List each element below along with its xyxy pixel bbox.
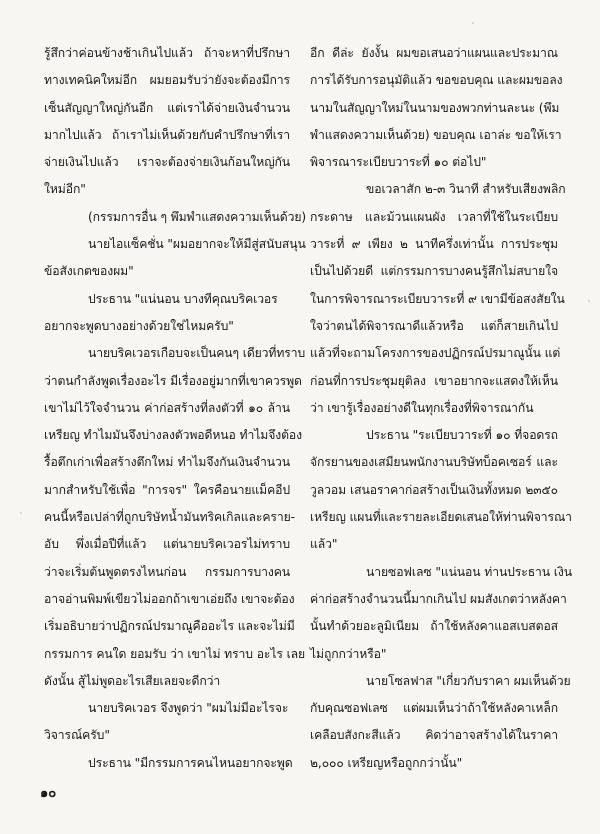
scan-speckle: [20, 512, 22, 514]
text-line: เขาไม่ไว้ใจจำนวน ค่าก่อสร้างที่ลงตัวที่ …: [44, 395, 290, 422]
text-line: อีก ดีล่ะ ยังงั้น ผมขอเสนอว่าแผนและประมา…: [310, 40, 558, 67]
text-line: นายบริคเวอร จึงพูดว่า "ผมไม่มีอะไรจะ: [44, 695, 290, 722]
text-line: (กรรมการอื่น ๆ พึมพำแสดงความเห็นด้วย): [44, 204, 290, 231]
text-line: กระดาษ และม้วนแผนผัง เวลาที่ใช้ในระเบียบ: [310, 204, 558, 231]
document-page: รู้สึกว่าค่อนข้างช้าเกินไปแล้ว ถ้าจะหาที…: [0, 0, 600, 834]
text-line: เหรียญ ทำไมมันจึงบ่างลงตัวพอดีหนอ ทำไมจึ…: [44, 422, 290, 449]
text-line: นั้นทำด้วยอะลูมิเนียม ถ้าใช้หลังคาแอสเบส…: [310, 613, 558, 640]
text-line: วูลวอม เสนอราคาก่อสร้างเป็นเงินทั้งหมด ๒…: [310, 477, 558, 504]
text-line: นายซอฟเลซ "แน่นอน ท่านประธาน เงิน: [310, 559, 558, 586]
text-line: มากสำหรับใช้เพื่อ "การจร" ใครคือนายแม็คอ…: [44, 477, 290, 504]
scan-speckle: [355, 760, 357, 762]
text-line: ว่า เขารู้เรื่องอย่างดีในทุกเรื่องที่พิจ…: [310, 395, 558, 422]
text-line: เป็นไปด้วยดี แต่กรรมการบางคนรู้สึกไม่สบา…: [310, 258, 558, 285]
left-column: รู้สึกว่าค่อนข้างช้าเกินไปแล้ว ถ้าจะหาที…: [44, 40, 290, 777]
text-line: จักรยานของเสมียนพนักงานบริษัทบ็อคเซอร์ แ…: [310, 449, 558, 476]
scan-speckle: [588, 300, 590, 302]
text-line: อาจอ่านพิมพ์เขียวไม่ออกถ้าเขาเอ่ยถึง เขา…: [44, 586, 290, 613]
text-line: ดังนั้น สู้ไม่พูดอะไรเสียเลยจะดีกว่า: [44, 668, 290, 695]
text-line: ว่าตนกำลังพูดเรื่องอะไร มีเรื่องอยู่มากท…: [44, 368, 290, 395]
text-line: การได้รับการอนุมัติแล้ว ขอขอบคุณ และผมขอ…: [310, 67, 558, 94]
text-line: ค่าก่อสร้างจำนวนนี้มากเกินไป ผมสังเกตว่า…: [310, 586, 558, 613]
text-line: พำแสดงความเห็นด้วย) ขอบคุณ เอาล่ะ ขอให้เ…: [310, 122, 558, 149]
text-line: ทางเทคนิคใหม่อีก ผมยอมรับว่ายังจะต้องมีก…: [44, 67, 290, 94]
text-line: เซ็นสัญญาใหญ่กันอีก แต่เราได้จ่ายเงินจำน…: [44, 95, 290, 122]
text-line: มากไปแล้ว ถ้าเราไม่เห็นด้วยกับคำปรึกษาที…: [44, 122, 290, 149]
text-line: ในการพิจารณาระเบียบวาระที่ ๙ เขามีข้อสงส…: [310, 286, 558, 313]
text-line: ก่อนที่การประชุมยุติลง เขาอยากจะแสดงให้เ…: [310, 368, 558, 395]
page-number: ๑๐: [40, 782, 56, 803]
text-line: จ่ายเงินไปแล้ว เราจะต้องจ่ายเงินก้อนใหญ่…: [44, 149, 290, 176]
text-line: นายไอแซ็คชั่น "ผมอยากจะให้มีสู่สนับสนุน: [44, 231, 290, 258]
text-line: กับคุณซอฟเลซ แต่ผมเห็นว่าถ้าใช้หลังคาเหล…: [310, 695, 558, 722]
text-line: อยากจะพูดบางอย่างด้วยใช่ไหมครับ": [44, 313, 290, 340]
text-line: พิจารณาระเบียบวาระที่ ๑๐ ต่อไป": [310, 149, 558, 176]
text-line: ประธาน "ระเบียบวาระที่ ๑๐ ที่จอดรถ: [310, 422, 558, 449]
text-line: แล้วที่จะถามโครงการของปฏิกรณ์ปรมาณูนั้น …: [310, 340, 558, 367]
text-line: ไม่ถูกกว่าหรือ": [310, 641, 558, 668]
text-line: ใจว่าตนได้พิจารณาดีแล้วหรือ แต่ก็สายเกิน…: [310, 313, 558, 340]
text-line: เหรียญ แผนที่และรายละเอียดเสนอให้ท่านพิจ…: [310, 504, 558, 531]
text-line: กรรมการ คนใด ยอมรับ ว่า เขาไม่ ทราบ อะไร…: [44, 641, 290, 668]
scan-speckle: [472, 22, 474, 24]
text-line: วาระที่ ๙ เพียง ๒ นาทีครึ่งเท่านั้น การป…: [310, 231, 558, 258]
text-line: ข้อสังเกตของผม": [44, 258, 290, 285]
text-line: ประธาน "แน่นอน บางทีคุณบริคเวอร: [44, 286, 290, 313]
text-line: ว่าจะเริ่มต้นพูดตรงไหนก่อน กรรมการบางคน: [44, 559, 290, 586]
text-line: นามในสัญญาใหม่ในนามของพวกท่านละนะ (พึม: [310, 95, 558, 122]
text-line: เคลือบสังกะสีแล้ว คิดว่าอาจสร้างได้ในราค…: [310, 722, 558, 749]
text-line: เริ่มอธิบายว่าปฏิกรณ์ปรมาณูคืออะไร และจะ…: [44, 613, 290, 640]
text-line: คนนี้หรือเปล่าที่ถูกบริษัทน้ำมันทริคเกิล…: [44, 504, 290, 531]
text-line: นายโซลฟาส "เกี่ยวกับราคา ผมเห็นด้วย: [310, 668, 558, 695]
text-line: วิจารณ์ครับ": [44, 722, 290, 749]
right-column: อีก ดีล่ะ ยังงั้น ผมขอเสนอว่าแผนและประมา…: [310, 40, 558, 777]
text-line: ๒,๐๐๐ เหรียญหรือถูกกว่านั้น": [310, 750, 558, 777]
text-line: แล้ว": [310, 531, 558, 558]
text-line: อับ พึ่งเมื่อปีที่แล้ว แต่นายบริคเวอรไม่…: [44, 531, 290, 558]
text-line: ขอเวลาสัก ๒-๓ วินาที สำหรับเสียงพลิก: [310, 176, 558, 203]
text-line: ใหม่อีก": [44, 176, 290, 203]
text-line: นายบริคเวอรเกือบจะเป็นคนๆ เดียวที่ทราบ: [44, 340, 290, 367]
text-line: ประธาน "มีกรรมการคนไหนอยากจะพูด: [44, 750, 290, 777]
text-line: รื้อตึกเก่าเพื่อสร้างตึกใหม่ ทำไมจึงกันเ…: [44, 449, 290, 476]
text-line: รู้สึกว่าค่อนข้างช้าเกินไปแล้ว ถ้าจะหาที…: [44, 40, 290, 67]
